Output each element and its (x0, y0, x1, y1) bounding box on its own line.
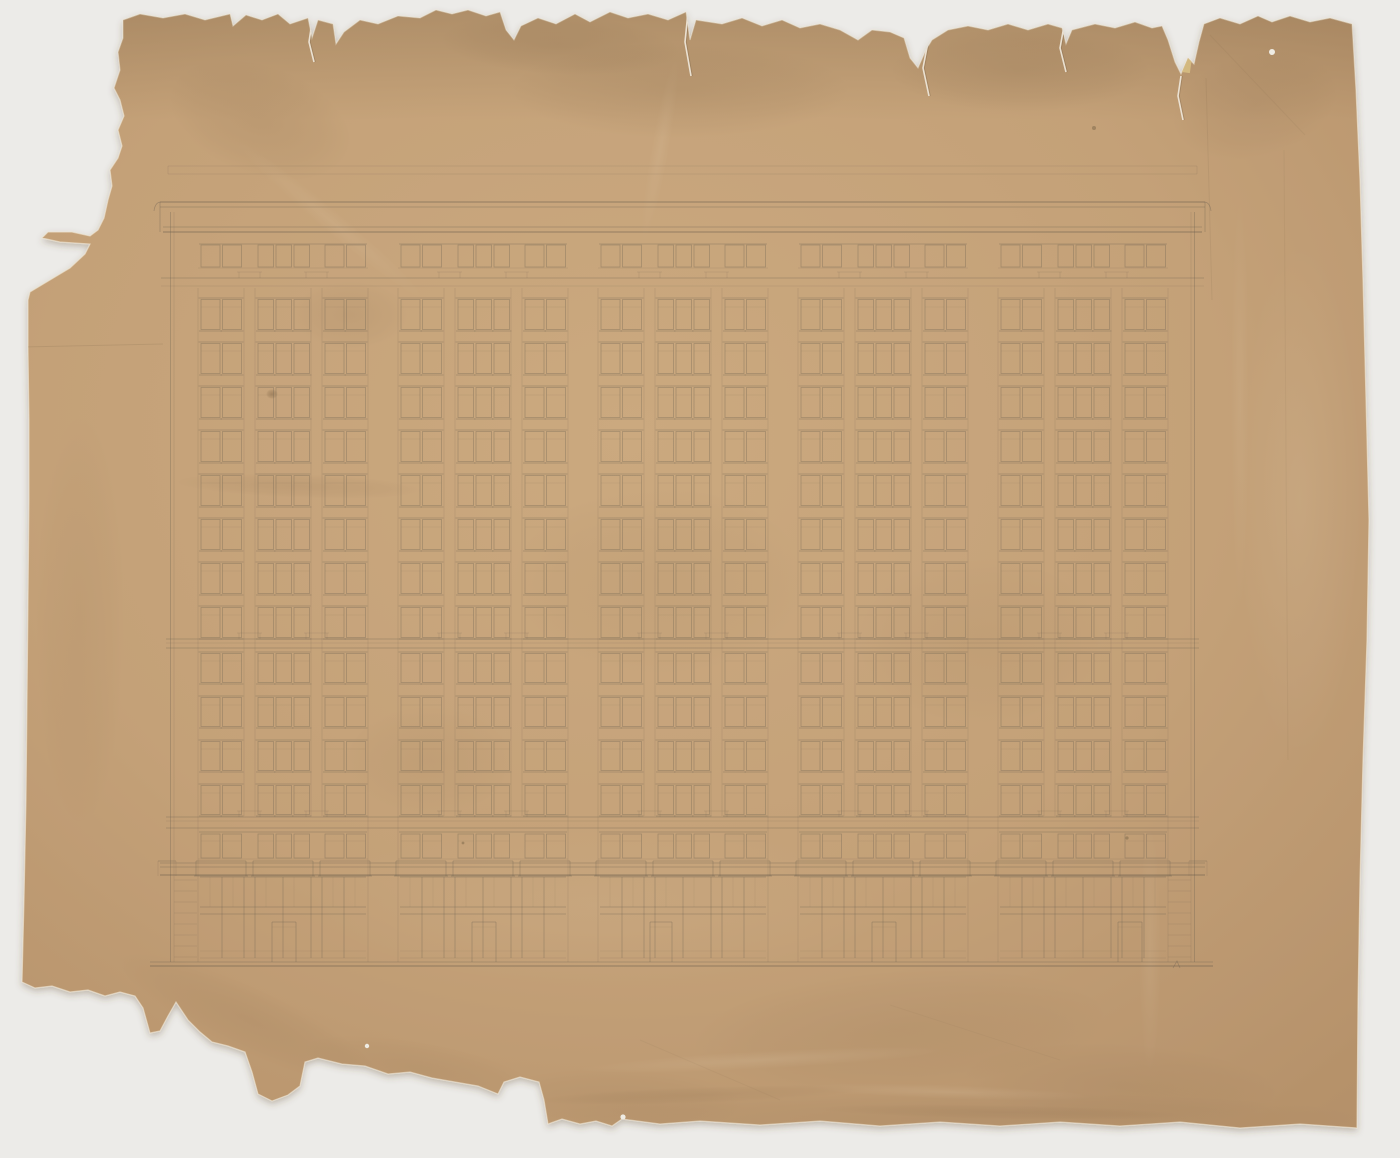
scanned-drawing-page (0, 0, 1400, 1158)
elevation-scan-svg (0, 0, 1400, 1158)
